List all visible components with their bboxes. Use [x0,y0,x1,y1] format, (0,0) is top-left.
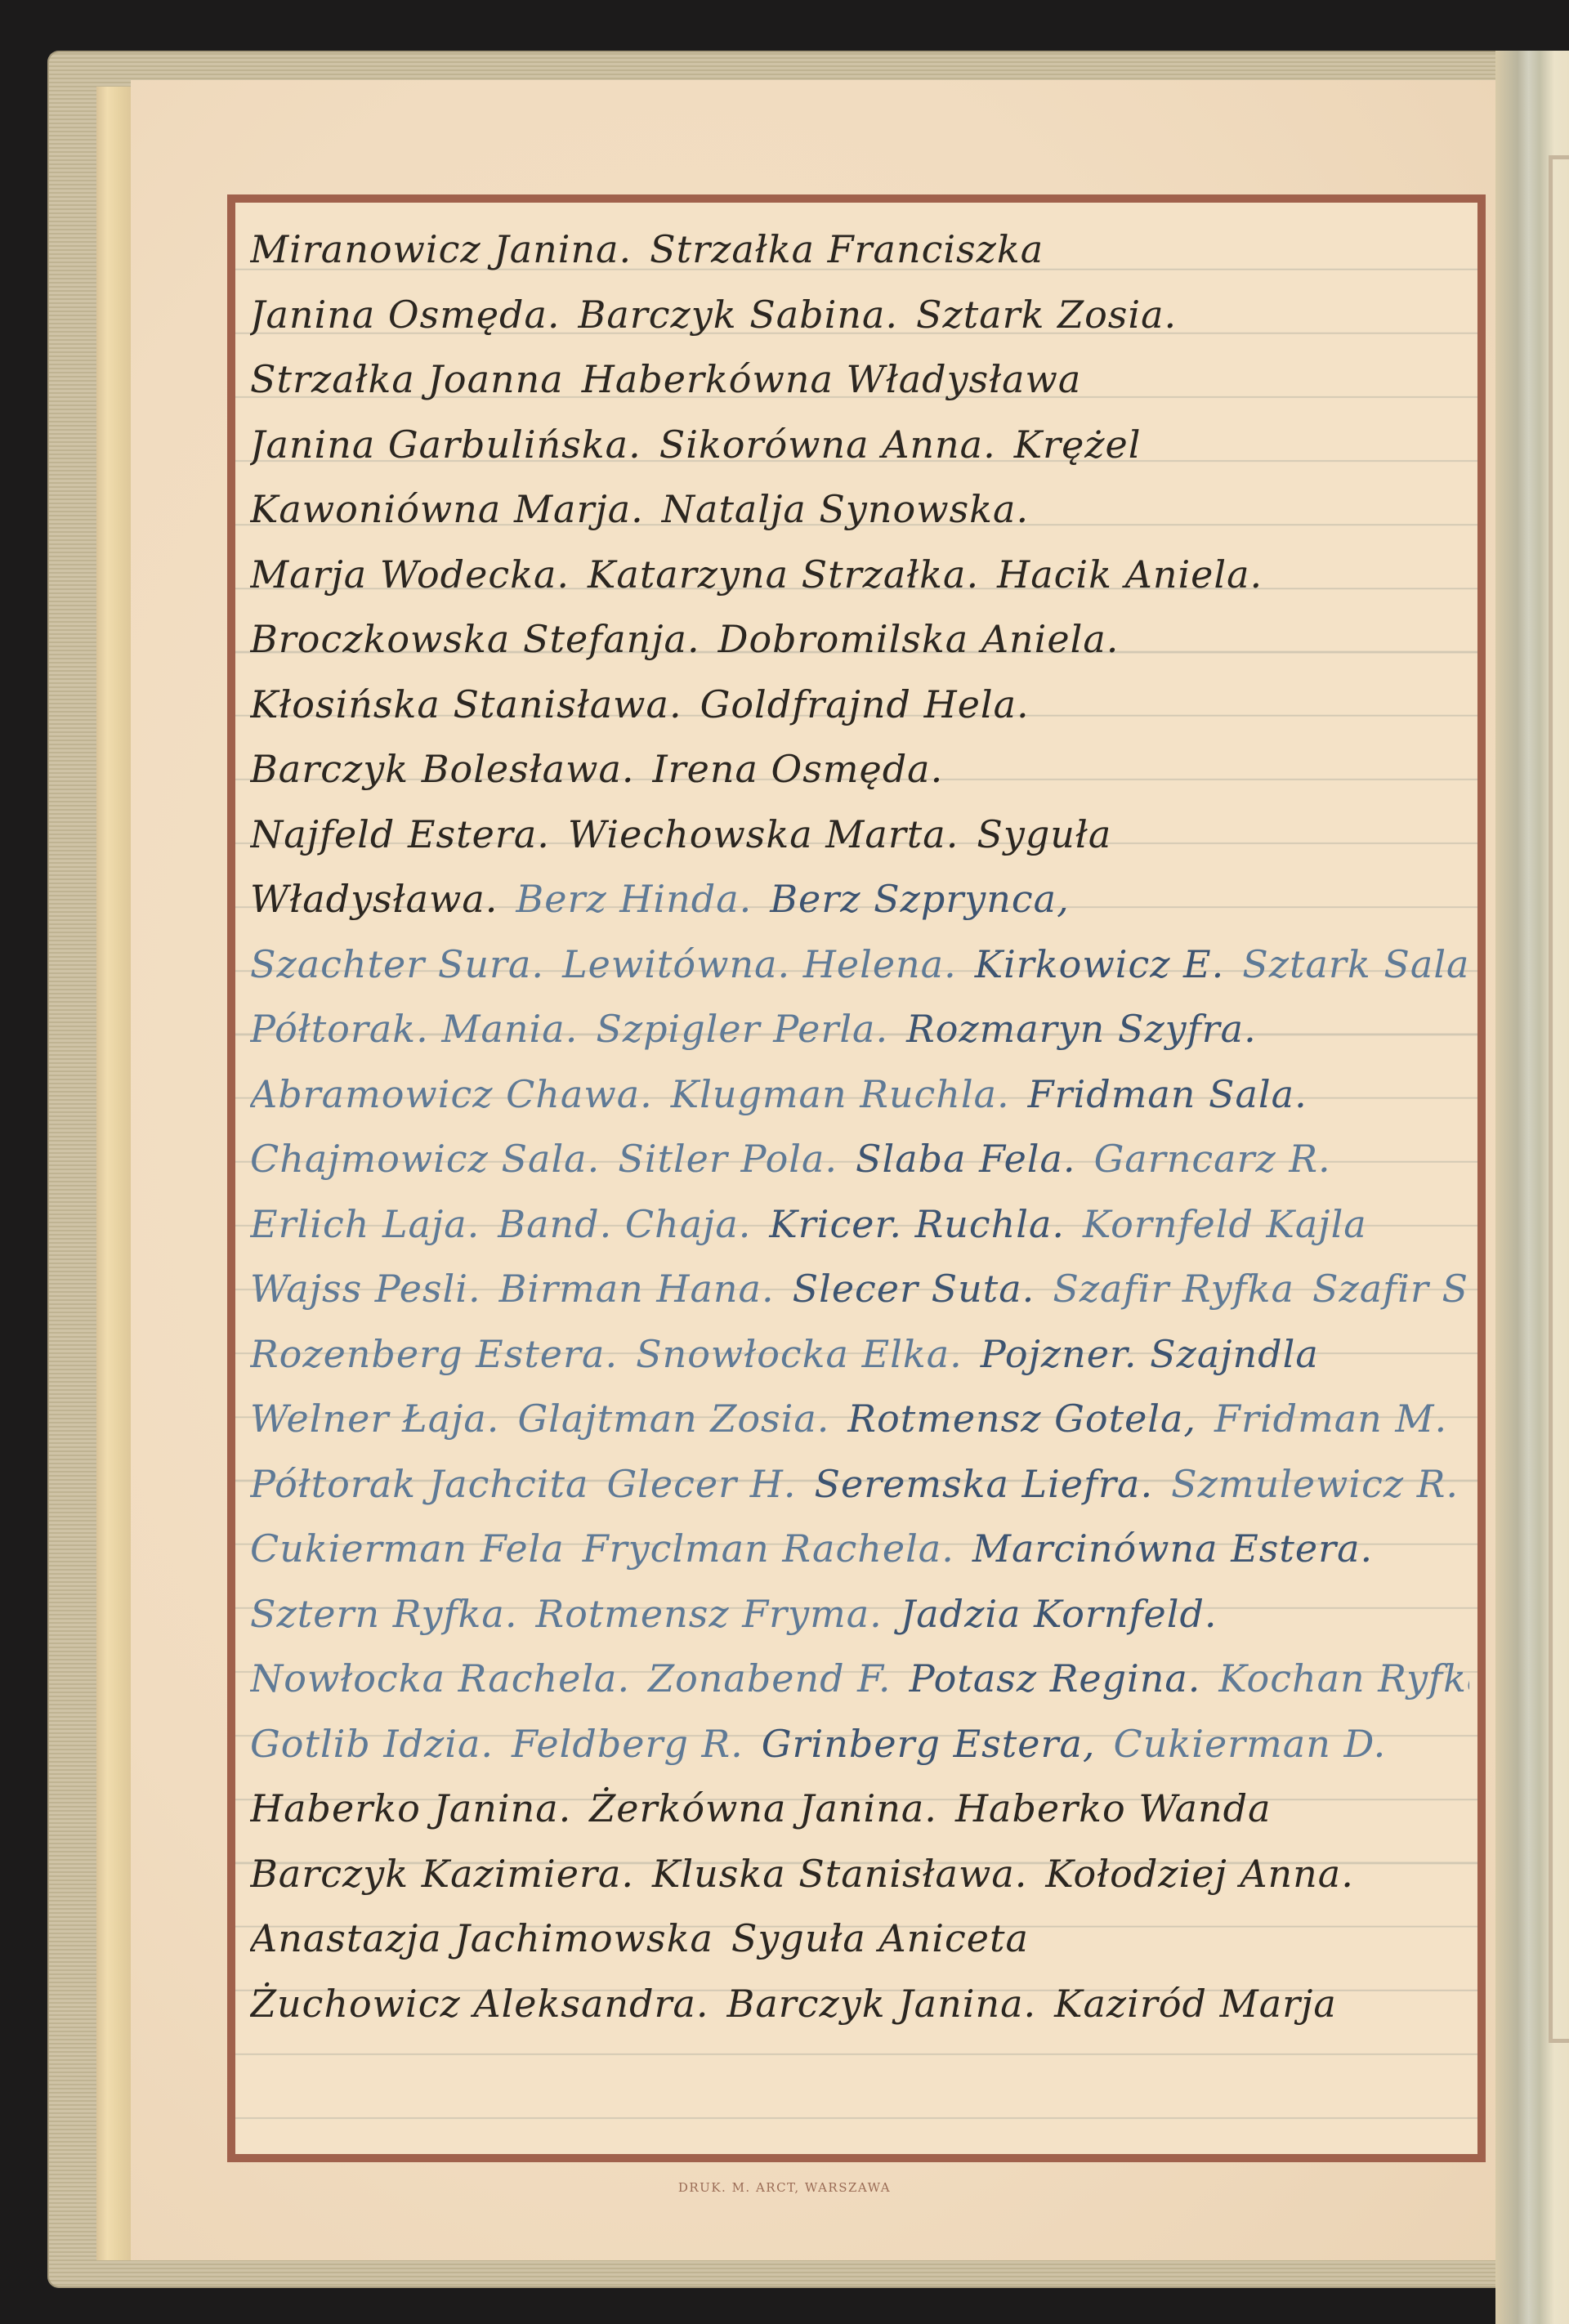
name-entry: Szachter Sura. [250,942,544,986]
register-line: Anastazja JachimowskaSyguła Aniceta [250,1906,1469,1970]
name-entry: Miranowicz Janina. [250,227,632,271]
name-list: Miranowicz Janina.Strzałka FranciszkaJan… [250,203,1469,2154]
name-entry: Dobromilska Aniela. [718,617,1120,661]
register-line: Najfeld Estera.Wiechowska Marta.Syguła [250,802,1469,866]
name-entry: Haberko Wanda [955,1786,1272,1830]
name-entry: Birman Hana. [499,1267,775,1311]
name-entry: Katarzyna Strzałka. [588,552,979,597]
name-entry: Natalja Synowska. [662,487,1029,531]
register-line: Welner Łaja.Glajtman Zosia.Rotmensz Gote… [250,1387,1469,1450]
name-entry: Wajss Pesli. [250,1267,481,1311]
register-line: Gotlib Idzia.Feldberg R.Grinberg Estera,… [250,1712,1469,1776]
name-entry: Anastazja Jachimowska [250,1916,713,1960]
register-line: Miranowicz Janina.Strzałka Franciszka [250,217,1469,281]
name-entry: Pojzner. Szajndla [981,1332,1319,1376]
register-line: Erlich Laja.Band. Chaja.Kricer. Ruchla.K… [250,1192,1469,1256]
register-line: Janina Osmęda.Barczyk Sabina.Sztark Zosi… [250,283,1469,346]
name-entry: Strzałka Franciszka [650,227,1044,271]
name-entry: Garncarz R. [1094,1137,1331,1181]
name-entry: Sitler Pola. [618,1137,838,1181]
register-line: Chajmowicz Sala.Sitler Pola.Slaba Fela.G… [250,1127,1469,1191]
register-line: Abramowicz Chawa.Klugman Ruchla.Fridman … [250,1062,1469,1126]
name-entry: Syguła Aniceta [731,1916,1029,1960]
register-line: Rozenberg Estera.Snowłocka Elka.Pojzner.… [250,1322,1469,1386]
register-line: Barczyk Bolesława.Irena Osmęda. [250,737,1469,801]
name-entry: Grinberg Estera, [762,1722,1096,1766]
register-line: Haberko Janina.Żerkówna Janina.Haberko W… [250,1777,1469,1840]
name-entry: Berz Szprynca, [770,877,1069,921]
name-entry: Irena Osmęda. [653,747,944,791]
name-entry: Kołodziej Anna. [1045,1852,1353,1896]
name-entry: Kłosińska Stanisława. [250,682,682,726]
name-entry: Hacik Aniela. [997,552,1263,597]
name-entry: Rozmaryn Szyfra. [906,1007,1257,1051]
name-entry: Kricer. Ruchla. [769,1202,1065,1246]
name-entry: Goldfrajnd Hela. [700,682,1030,726]
name-entry: Żerkówna Janina. [589,1786,937,1830]
register-line: Półtorak JachcitaGlecer H.Seremska Liefr… [250,1452,1469,1516]
name-entry: Janina Garbulińska. [250,422,641,467]
name-entry: Rotmensz Gotela, [847,1397,1196,1441]
name-entry: Szafir Ryfka [1053,1267,1294,1311]
register-line: Nowłocka Rachela.Zonabend F.Potasz Regin… [250,1647,1469,1710]
name-entry: Feldberg R. [512,1722,744,1766]
name-entry: Sztark Zosia. [916,293,1177,337]
name-entry: Klugman Ruchla. [671,1072,1010,1116]
name-entry: Żuchowicz Aleksandra. [250,1982,709,2026]
register-line: Wajss Pesli.Birman Hana.Slecer Suta.Szaf… [250,1257,1469,1321]
name-entry: Jadzia Kornfeld. [901,1592,1218,1636]
name-entry: Kawoniówna Marja. [250,487,644,531]
name-entry: Kirkowicz E. [975,942,1225,986]
page-frame: Miranowicz Janina.Strzałka FranciszkaJan… [227,194,1486,2162]
name-entry: Sztern Ryfka. [250,1592,517,1636]
name-entry: Szpigler Perla. [596,1007,888,1051]
register-line: Żuchowicz Aleksandra.Barczyk Janina.Kazi… [250,1972,1469,2036]
name-entry: Janina Osmęda. [250,293,561,337]
name-entry: Barczyk Janina. [727,1982,1037,2026]
register-line: Barczyk Kazimiera.Kluska Stanisława.Koło… [250,1842,1469,1906]
name-entry: Kluska Stanisława. [652,1852,1027,1896]
name-entry: Slaba Fela. [856,1137,1076,1181]
name-entry: Sikorówna Anna. [659,422,996,467]
name-entry: Lewitówna. Helena. [562,942,957,986]
name-entry: Szafir S. [1312,1267,1469,1311]
name-entry: Cukierman Fela [250,1526,565,1571]
printer-imprint: DRUK. M. ARCT, WARSZAWA [0,2180,1569,2195]
name-entry: Władysława. [250,877,498,921]
name-entry: Potasz Regina. [910,1656,1201,1701]
name-entry: Szmulewicz R. [1171,1462,1459,1506]
name-entry: Erlich Laja. [250,1202,480,1246]
name-entry: Wiechowska Marta. [568,812,959,856]
name-entry: Fridman Sala. [1028,1072,1307,1116]
page-edges [96,87,132,2260]
name-entry: Berz Hinda. [516,877,752,921]
name-entry: Barczyk Kazimiera. [250,1852,634,1896]
name-entry: Slecer Suta. [793,1267,1035,1311]
name-entry: Zonabend F. [648,1656,891,1701]
name-entry: Kornfeld Kajla [1083,1202,1367,1246]
register-line: Janina Garbulińska.Sikorówna Anna.Krężel [250,413,1469,476]
name-entry: Cukierman D. [1114,1722,1387,1766]
name-entry: Haberkówna Władysława [582,357,1082,401]
name-entry: Syguła [977,812,1111,856]
name-entry: Nowłocka Rachela. [250,1656,630,1701]
name-entry: Kaziród Marja [1054,1982,1337,2026]
name-entry: Gotlib Idzia. [250,1722,494,1766]
name-entry: Barczyk Bolesława. [250,747,635,791]
register-line: Marja Wodecka.Katarzyna Strzałka.Hacik A… [250,543,1469,606]
name-entry: Snowłocka Elka. [636,1332,963,1376]
name-entry: Barczyk Sabina. [579,293,898,337]
name-entry: Rotmensz Fryma. [535,1592,882,1636]
name-entry: Półtorak. Mania. [250,1007,578,1051]
name-entry: Sztark Sala [1242,942,1469,986]
name-entry: Marja Wodecka. [250,552,570,597]
name-entry: Chajmowicz Sala. [250,1137,600,1181]
register-line: Broczkowska Stefanja.Dobromilska Aniela. [250,607,1469,671]
facing-page-edge [1549,155,1569,2043]
name-entry: Broczkowska Stefanja. [250,617,700,661]
register-line: Władysława.Berz Hinda.Berz Szprynca, [250,867,1469,931]
name-entry: Krężel [1014,422,1142,467]
register-line: Szachter Sura.Lewitówna. Helena.Kirkowic… [250,932,1469,996]
name-entry: Glecer H. [606,1462,796,1506]
name-entry: Półtorak Jachcita [250,1462,588,1506]
name-entry: Fridman M. [1214,1397,1447,1441]
name-entry: Rozenberg Estera. [250,1332,618,1376]
name-entry: Glajtman Zosia. [517,1397,829,1441]
name-entry: Abramowicz Chawa. [250,1072,653,1116]
name-entry: Marcinówna Estera. [972,1526,1373,1571]
name-entry: Band. Chaja. [498,1202,751,1246]
name-entry: Welner Łaja. [250,1397,499,1441]
register-line: Kłosińska Stanisława.Goldfrajnd Hela. [250,673,1469,736]
register-line: Sztern Ryfka.Rotmensz Fryma.Jadzia Kornf… [250,1582,1469,1646]
register-line: Strzałka JoannaHaberkówna Władysława [250,347,1469,411]
name-entry: Kochan Ryfka. [1218,1656,1469,1701]
name-entry: Strzałka Joanna [250,357,564,401]
name-entry: Seremska Liefra. [814,1462,1153,1506]
name-entry: Haberko Janina. [250,1786,571,1830]
register-line: Kawoniówna Marja.Natalja Synowska. [250,477,1469,541]
register-line: Cukierman FelaFryclman Rachela.Marcinówn… [250,1517,1469,1580]
name-entry: Fryclman Rachela. [583,1526,954,1571]
register-line: Półtorak. Mania.Szpigler Perla.Rozmaryn … [250,997,1469,1061]
name-entry: Najfeld Estera. [250,812,550,856]
